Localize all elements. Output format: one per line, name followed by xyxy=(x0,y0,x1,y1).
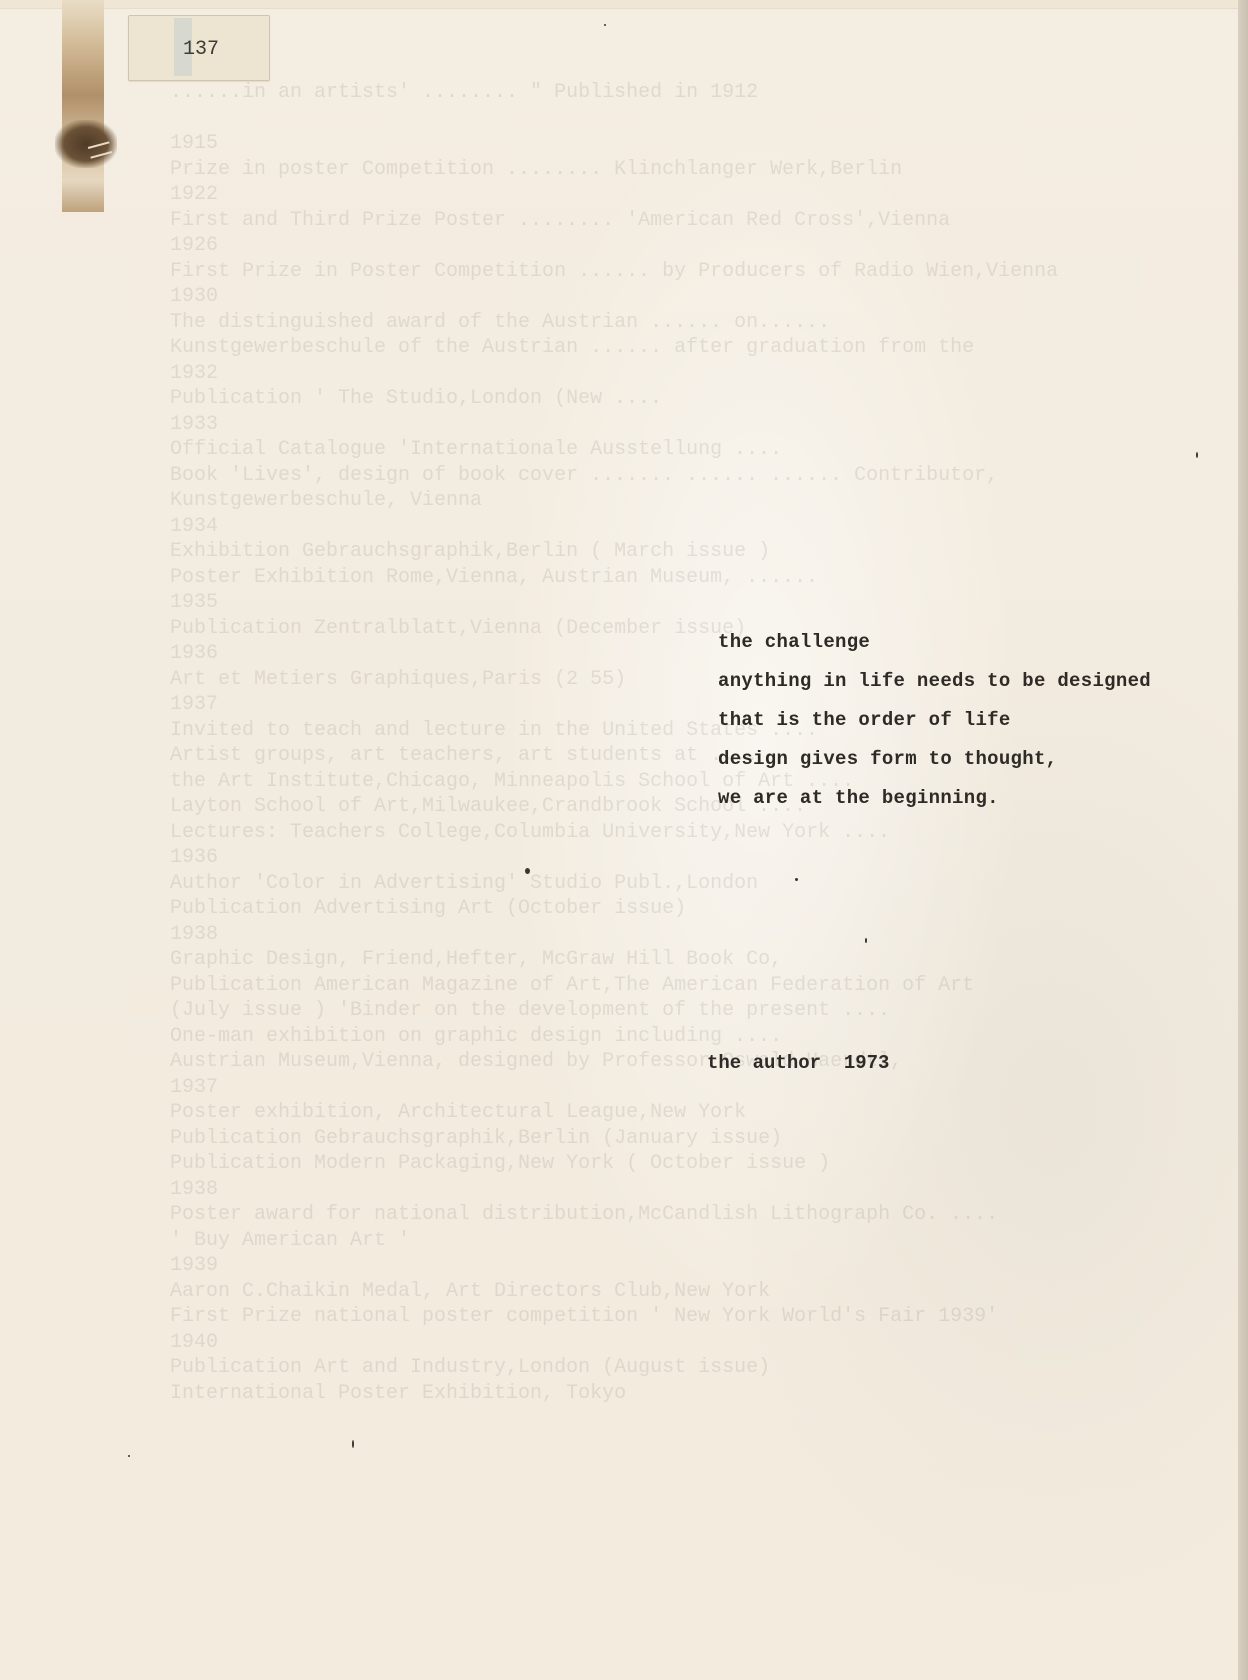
show-through-line: First Prize national poster competition … xyxy=(170,1304,1240,1330)
ink-speck xyxy=(865,938,867,943)
show-through-line: (July issue ) 'Binder on the development… xyxy=(170,998,1240,1024)
show-through-line: Book 'Lives', design of book cover .....… xyxy=(170,463,1240,489)
show-through-line: Poster exhibition, Architectural League,… xyxy=(170,1100,1240,1126)
poem-block: the challenge anything in life needs to … xyxy=(718,623,1151,818)
show-through-line: Prize in poster Competition ........ Kli… xyxy=(170,157,1240,183)
ink-speck xyxy=(352,1440,354,1448)
show-through-line: 1926 xyxy=(170,233,1240,259)
show-through-line: Graphic Design, Friend,Hefter, McGraw Hi… xyxy=(170,947,1240,973)
signature-year: 1973 xyxy=(844,1052,890,1074)
page-number-label: 137 xyxy=(128,15,270,81)
show-through-line: Austrian Museum,Vienna, designed by Prof… xyxy=(170,1049,1240,1075)
show-through-line: The distinguished award of the Austrian … xyxy=(170,310,1240,336)
signature-author: the author xyxy=(707,1052,821,1074)
show-through-line: 1937 xyxy=(170,1075,1240,1101)
show-through-line: Exhibition Gebrauchsgraphik,Berlin ( Mar… xyxy=(170,539,1240,565)
binding-string-knot xyxy=(55,120,117,168)
binding-tape xyxy=(62,0,104,212)
show-through-line: ......in an artists' ........ " Publishe… xyxy=(170,80,1240,106)
poem-line: anything in life needs to be designed xyxy=(718,662,1151,701)
show-through-line: Kunstgewerbeschule of the Austrian .....… xyxy=(170,335,1240,361)
show-through-line: 1940 xyxy=(170,1330,1240,1356)
ink-speck xyxy=(795,878,798,881)
ink-speck xyxy=(1196,452,1198,458)
show-through-line: 1922 xyxy=(170,182,1240,208)
show-through-line: Kunstgewerbeschule, Vienna xyxy=(170,488,1240,514)
show-through-line xyxy=(170,106,1240,132)
page-number: 137 xyxy=(183,38,219,61)
ink-speck xyxy=(604,24,606,26)
ink-speck xyxy=(525,868,530,874)
show-through-line: 1915 xyxy=(170,131,1240,157)
poem-title: the challenge xyxy=(718,623,1151,662)
show-through-line: 1939 xyxy=(170,1253,1240,1279)
show-through-line: Publication Advertising Art (October iss… xyxy=(170,896,1240,922)
show-through-line: 1938 xyxy=(170,922,1240,948)
show-through-line: International Poster Exhibition, Tokyo xyxy=(170,1381,1240,1407)
show-through-line: First and Third Prize Poster ........ 'A… xyxy=(170,208,1240,234)
show-through-line: One-man exhibition on graphic design inc… xyxy=(170,1024,1240,1050)
show-through-line: Aaron C.Chaikin Medal, Art Directors Clu… xyxy=(170,1279,1240,1305)
show-through-line: Publication ' The Studio,London (New ...… xyxy=(170,386,1240,412)
show-through-line: 1934 xyxy=(170,514,1240,540)
show-through-line: 1933 xyxy=(170,412,1240,438)
show-through-line: Poster Exhibition Rome,Vienna, Austrian … xyxy=(170,565,1240,591)
show-through-line: Lectures: Teachers College,Columbia Univ… xyxy=(170,820,1240,846)
show-through-line: Publication Modern Packaging,New York ( … xyxy=(170,1151,1240,1177)
show-through-line: 1936 xyxy=(170,845,1240,871)
poem-line: that is the order of life xyxy=(718,701,1151,740)
show-through-line: Author 'Color in Advertising' Studio Pub… xyxy=(170,871,1240,897)
ink-speck xyxy=(128,1455,130,1457)
show-through-line: First Prize in Poster Competition ......… xyxy=(170,259,1240,285)
poem-line: design gives form to thought, xyxy=(718,740,1151,779)
show-through-line: 1930 xyxy=(170,284,1240,310)
show-through-line: 1935 xyxy=(170,590,1240,616)
show-through-line: Official Catalogue 'Internationale Ausst… xyxy=(170,437,1240,463)
show-through-line: Publication American Magazine of Art,The… xyxy=(170,973,1240,999)
show-through-line: Publication Gebrauchsgraphik,Berlin (Jan… xyxy=(170,1126,1240,1152)
show-through-line: Poster award for national distribution,M… xyxy=(170,1202,1240,1228)
signature: the author 1973 xyxy=(707,1052,889,1074)
show-through-line: Publication Art and Industry,London (Aug… xyxy=(170,1355,1240,1381)
show-through-line: 1938 xyxy=(170,1177,1240,1203)
show-through-line: ' Buy American Art ' xyxy=(170,1228,1240,1254)
poem-line: we are at the beginning. xyxy=(718,779,1151,818)
show-through-line: 1932 xyxy=(170,361,1240,387)
